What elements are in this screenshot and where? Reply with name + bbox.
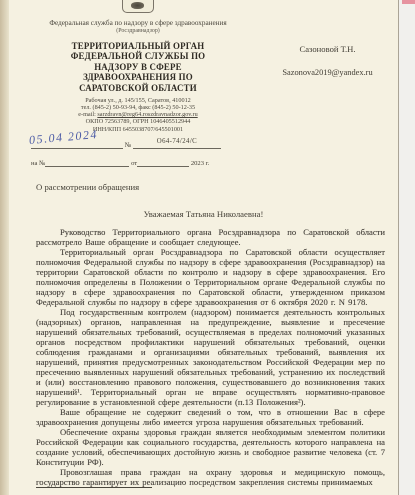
body-paragraph: Обеспечение охраны здоровья граждан явля… xyxy=(36,427,385,467)
scan-left-edge xyxy=(0,0,9,495)
agency-short-name: (Росздравнадзор) xyxy=(9,28,267,35)
contact-address: Рабочая ул., д. 145/155, Саратов, 410012 xyxy=(9,97,267,104)
contact-email-line: e-mail: sarzdravn@reg64.roszdravnadzor.g… xyxy=(9,111,267,118)
body-paragraph: Ваше обращение не содержит сведений о то… xyxy=(36,407,385,427)
body-paragraph: Под государственным контролем (надзором)… xyxy=(36,307,385,407)
letterhead-left-column: Федеральная служба по надзору в сфере зд… xyxy=(9,0,267,167)
body-paragraph: Провозглашая права граждан на охрану здо… xyxy=(36,467,385,487)
letterhead: Федеральная служба по надзору в сфере зд… xyxy=(9,0,398,167)
outgoing-number: О64-74/24/С xyxy=(133,138,221,149)
contact-email-label: e-mail: xyxy=(78,111,97,118)
ref-number-blank-line xyxy=(45,158,129,167)
scan-corner-mark xyxy=(402,0,415,4)
contact-okpo-ogrn: ОКПО 72563789, ОГРН 1046405512944 xyxy=(9,118,267,125)
incoming-ref-year: 2023 г. xyxy=(191,160,209,167)
outgoing-number-row: 05.04 2024 № О64-74/24/С xyxy=(31,138,267,151)
addressee-block: Сазоновой Т.Н. Sazonova2019@yandex.ru xyxy=(267,0,398,167)
body-paragraph: Руководство Территориального органа Росз… xyxy=(36,227,385,247)
letterhead-contacts: Рабочая ул., д. 145/155, Саратов, 410012… xyxy=(9,97,267,133)
contact-phone-fax: тел. (845-2) 50-93-94, факс (845-2) 50-1… xyxy=(9,104,267,111)
footnote-separator xyxy=(36,487,152,488)
contact-email: sarzdravn@reg64.roszdravnadzor.gov.ru xyxy=(97,111,197,118)
letter-body: Руководство Территориального органа Росз… xyxy=(36,227,385,487)
addressee-email: Sazonova2019@yandex.ru xyxy=(267,68,388,77)
document-page: Федеральная служба по надзору в сфере зд… xyxy=(9,0,399,495)
addressee-name: Сазоновой Т.Н. xyxy=(267,44,388,54)
incoming-ref-label: на № xyxy=(31,160,45,167)
incoming-ref-row: на № от 2023 г. xyxy=(31,158,267,167)
ref-date-blank-line xyxy=(137,158,189,167)
territorial-org-name: ТЕРРИТОРИАЛЬНЫЙ ОРГАН ФЕДЕРАЛЬНОЙ СЛУЖБЫ… xyxy=(63,41,213,94)
agency-name: Федеральная служба по надзору в сфере зд… xyxy=(9,19,267,28)
outgoing-number-label: № xyxy=(125,142,132,149)
body-paragraph: Территориальный орган Росздравнадзора по… xyxy=(36,247,385,307)
salutation: Уважаемая Татьяна Николаевна! xyxy=(9,209,398,219)
coat-of-arms-icon xyxy=(122,0,154,13)
subject-line: О рассмотрении обращения xyxy=(36,182,398,192)
